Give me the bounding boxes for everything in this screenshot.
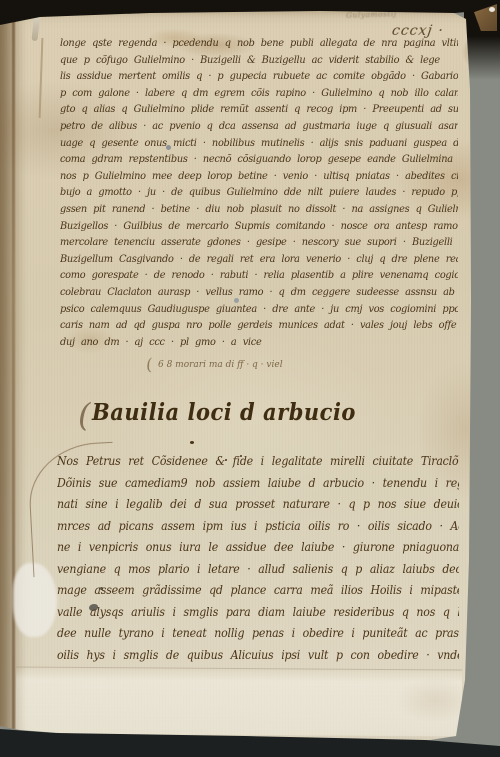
manuscript-line: gssen pit ranend · betine · diu nob plas… bbox=[60, 201, 458, 219]
manuscript-line: Nos Petrus ret Cõsidenee & fide i legali… bbox=[57, 450, 459, 473]
manuscript-line: uage q gesente onus micti · nobilibus mu… bbox=[60, 135, 458, 153]
manuscript-page: Gulyamostij cccxj · longe qste regenda ·… bbox=[0, 0, 500, 757]
manuscript-line: mrces ad picans assem ipm ius i psticia … bbox=[57, 515, 459, 538]
bottom-edge-strip bbox=[16, 666, 462, 736]
manuscript-line: Buzigellum Casgivando · de regali ret er… bbox=[60, 251, 458, 269]
ink-dot bbox=[190, 441, 194, 444]
manuscript-line: coma gdram repstentibus · necnõ cõsiguan… bbox=[60, 152, 458, 170]
manuscript-line: que p cõfugo Gulielmino · Buzigelli & Bu… bbox=[60, 52, 458, 70]
manuscript-line: lis assidue mertent omilis q · p gupecia… bbox=[60, 69, 458, 87]
manuscript-line: bujo a gmotto · ju · de quibus Gulielmin… bbox=[60, 185, 458, 203]
manuscript-line: mercolare tenenciu asserate gdones · ges… bbox=[60, 235, 458, 253]
manuscript-line: longe qste regenda · pcedendu q nob bene… bbox=[60, 36, 458, 54]
text-block-upper: longe qste regenda · pcedendu q nob bene… bbox=[60, 36, 458, 351]
gutter-crease bbox=[12, 0, 15, 757]
interline-note: 6 8 morari ma di ff · q · viel bbox=[158, 360, 358, 370]
photo-backdrop: { "colors": { "backdrop": "#878b83", "co… bbox=[0, 0, 500, 757]
corner-tear-highlight bbox=[489, 7, 495, 12]
manuscript-line: gto q alias q Gulielmino plide remũt ass… bbox=[60, 102, 458, 120]
manuscript-line: nati sine i legalib dei d sua prosset na… bbox=[57, 493, 459, 516]
manuscript-line: Buzigellos · Guilbius de mercarlo Supmis… bbox=[60, 218, 458, 236]
manuscript-line: duj ano dm · aj ccc · pl gmo · a vice bbox=[60, 334, 458, 352]
manuscript-line: como gorespate · de renodo · rabuti · re… bbox=[60, 268, 458, 286]
manuscript-line: oilis hys i smglis de quibus Alicuius ip… bbox=[57, 644, 459, 667]
text-block-lower: Nos Petrus ret Cõsidenee & fide i legali… bbox=[57, 451, 459, 666]
manuscript-line: ne i venpicris onus iura le assidue dee … bbox=[57, 536, 459, 559]
manuscript-line: nos p Gulielmino mee deep lorop betine ·… bbox=[60, 168, 458, 186]
manuscript-line: valle alysqs ariulis i smglis para diam … bbox=[57, 601, 459, 624]
manuscript-line: dee nulle tyrano i teneat nollig penas i… bbox=[57, 622, 459, 645]
manuscript-line: vengiane q mos plario i letare · allud s… bbox=[57, 558, 459, 581]
manuscript-line: mage asseem grãdissime qd plance carra m… bbox=[57, 579, 459, 602]
manuscript-line: petro de alibus · ac pvenio q dca assens… bbox=[60, 118, 458, 136]
section-heading: Bauilia loci d arbucio bbox=[92, 398, 356, 426]
binding-thread-tail bbox=[39, 38, 44, 118]
wormhole bbox=[166, 145, 171, 150]
heading-paren-mark: ( bbox=[78, 396, 90, 434]
manuscript-line: colebrau Claclaton aurasp · vellus ramo … bbox=[60, 284, 458, 302]
manuscript-line: p com galone · labere q dm egrem cõis ra… bbox=[60, 85, 458, 103]
note-paren-mark: ( bbox=[145, 355, 154, 375]
wormhole bbox=[234, 298, 239, 303]
manuscript-line: Dõinis sue camediam9 nob assiem laiube d… bbox=[57, 472, 459, 495]
manuscript-line: caris nam ad qd guspa nro polle gerdeis … bbox=[60, 318, 458, 336]
manuscript-line: psico calemquus Gaudiuguspe giuantea · d… bbox=[60, 301, 458, 319]
